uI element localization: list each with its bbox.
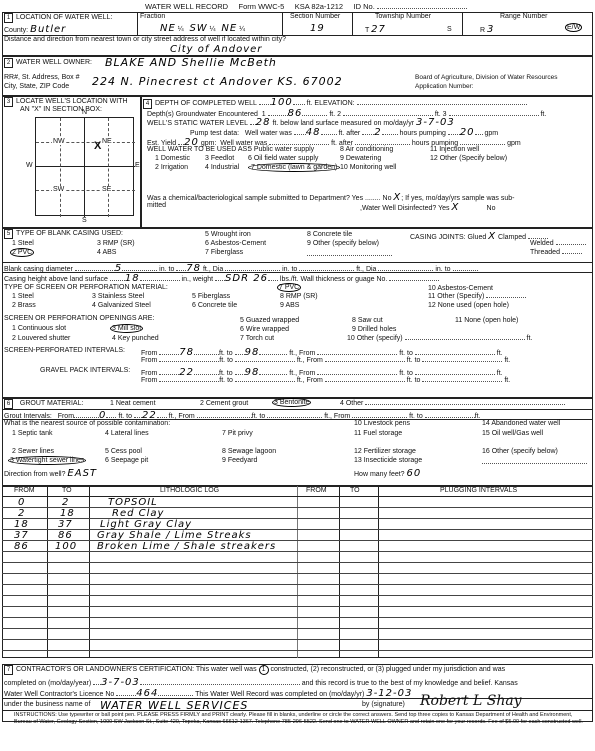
- feet-label: How many feet?: [354, 471, 405, 478]
- log-to[interactable]: 86: [58, 530, 73, 541]
- ft-label: ft.: [504, 377, 510, 384]
- section-number: 1: [4, 13, 13, 23]
- grout-option[interactable]: 4 Other: [340, 400, 363, 407]
- log-description[interactable]: Red Clay: [112, 508, 164, 519]
- north-label: N: [82, 109, 87, 116]
- from-label: From: [141, 357, 157, 364]
- clamped-option[interactable]: Clamped: [498, 234, 526, 241]
- owner-label: WATER WELL OWNER:: [16, 59, 92, 66]
- board-label: Board of Agriculture, Division of Water …: [415, 74, 557, 81]
- log-from[interactable]: 86: [14, 541, 29, 552]
- use-option[interactable]: 4 Industrial: [205, 164, 239, 171]
- nw-quadrant: NW: [52, 138, 66, 145]
- screen-option[interactable]: 9 ABS: [280, 302, 299, 309]
- contamination-option[interactable]: 9 Feedyard: [222, 457, 257, 464]
- casing-other-field[interactable]: [307, 255, 392, 256]
- screen-from-2-field[interactable]: [317, 354, 397, 355]
- township-value[interactable]: 27: [371, 24, 386, 35]
- section-number: 2: [4, 58, 13, 68]
- contamination-option[interactable]: 12 Fertilizer storage: [354, 448, 416, 455]
- ft-from-label: ft., From: [297, 357, 323, 364]
- signature-label: by (signature): [362, 701, 405, 708]
- log-to[interactable]: 37: [58, 519, 73, 530]
- static-level-label: WELL'S STATIC WATER LEVEL: [147, 120, 248, 127]
- log-to[interactable]: 100: [55, 541, 77, 552]
- ft-from-label: ft., From: [289, 370, 315, 377]
- contamination-option-selected[interactable]: 3 Watertight sewer lines: [8, 457, 86, 464]
- casing-option[interactable]: 3 RMP (SR): [97, 240, 135, 247]
- section-number: 5: [4, 229, 13, 239]
- opening-option[interactable]: 4 Key punched: [112, 335, 159, 342]
- pump2-ft-field[interactable]: [269, 144, 329, 145]
- ft-from-label: ft., From: [169, 413, 195, 420]
- county-label: County:: [4, 27, 28, 34]
- form-header: WATER WELL RECORD Form WWC-5 KSA 82a-121…: [145, 2, 467, 11]
- address-label-1: RR#, St. Address, Box #: [4, 74, 79, 81]
- ksa-number: KSA 82a-1212: [295, 2, 343, 11]
- quarter-mark: ¼: [210, 26, 216, 33]
- screen-option-selected[interactable]: 7 PVC: [277, 284, 301, 291]
- elevation-label: ft. ELEVATION:: [307, 100, 355, 107]
- section-number-value[interactable]: 19: [310, 23, 325, 34]
- opening-option[interactable]: 10 Other (specify): [347, 335, 403, 342]
- casing-option[interactable]: 4 ABS: [97, 249, 116, 256]
- contamination-option[interactable]: 6 Seepage pit: [105, 457, 148, 464]
- casing-option[interactable]: 7 Fiberglass: [205, 249, 243, 256]
- range-prefix: R: [480, 27, 485, 34]
- screen-from-4-field[interactable]: [325, 361, 405, 362]
- casing-option[interactable]: 6 Asbestos-Cement: [205, 240, 266, 247]
- log-to[interactable]: 18: [60, 508, 75, 519]
- contamination-option[interactable]: 11 Fuel storage: [354, 430, 402, 437]
- well-water-was-label: Well water was: [245, 130, 292, 137]
- certification-text: CONTRACTOR'S OR LANDOWNER'S CERTIFICATIO…: [16, 666, 257, 673]
- completed-label: completed on (mo/day/year): [4, 680, 91, 687]
- gpm-label: gpm: [485, 130, 499, 137]
- screen-option[interactable]: 10 Asbestos-Cement: [428, 285, 493, 292]
- distance-value[interactable]: City of Andover: [170, 44, 262, 55]
- ft-to-label: ft. to: [252, 413, 266, 420]
- gravel-to-2-field[interactable]: [415, 374, 495, 375]
- screen-option[interactable]: 5 Fiberglass: [192, 293, 230, 300]
- contamination-option[interactable]: 7 Pit privy: [222, 430, 253, 437]
- west-label: W: [26, 162, 33, 169]
- ft-dia-label: ft., Dia: [203, 266, 223, 273]
- opening-option[interactable]: 7 Torch cut: [240, 335, 274, 342]
- direction-value[interactable]: EAST: [67, 468, 97, 479]
- weight-label: in., weight: [182, 276, 214, 283]
- from-label: From: [141, 350, 157, 357]
- ft-to-label: ft. to: [407, 357, 421, 364]
- log-description[interactable]: Gray Shale / Lime Streaks: [97, 530, 252, 541]
- id-field[interactable]: [377, 8, 467, 9]
- contamination-option[interactable]: 13 Insecticide storage: [354, 457, 422, 464]
- distance-label: Distance and direction from nearest town…: [4, 36, 286, 43]
- screen-option[interactable]: 1 Steel: [12, 293, 34, 300]
- log-header-from: FROM: [14, 487, 35, 494]
- ft-to-label: ft. to: [219, 350, 233, 357]
- ft-label: ft.: [497, 350, 503, 357]
- contamination-option[interactable]: 4 Lateral lines: [105, 430, 149, 437]
- depth-label: DEPTH OF COMPLETED WELL: [155, 100, 257, 107]
- address-label-2: City, State, ZIP Code: [4, 83, 69, 90]
- screen-option[interactable]: 3 Stainless Steel: [92, 293, 144, 300]
- range-value[interactable]: 3: [487, 24, 494, 35]
- use-option[interactable]: 2 Irrigation: [155, 164, 188, 171]
- screen-option[interactable]: 8 RMP (SR): [280, 293, 318, 300]
- use-option[interactable]: 6 Oil field water supply: [248, 155, 318, 162]
- location-label: LOCATION OF WATER WELL:: [16, 14, 112, 21]
- disinfected-no[interactable]: No: [487, 205, 496, 212]
- instructions-text: INSTRUCTIONS: Use typewriter or ball poi…: [14, 712, 584, 726]
- east-label: E: [135, 162, 140, 169]
- log-description[interactable]: Light Gray Clay: [100, 519, 192, 530]
- form-title: WATER WELL RECORD: [145, 2, 228, 11]
- section-number-label: Section Number: [290, 13, 340, 20]
- disinfected-label: ,Water Well Disinfected? Yes: [360, 205, 450, 212]
- log-from[interactable]: 18: [14, 519, 29, 530]
- wall-thickness-field[interactable]: [389, 280, 439, 281]
- ft-to-label: ft. to: [219, 377, 233, 384]
- ft-label: ft.: [497, 370, 503, 377]
- casing-height-label: Casing height above land surface: [4, 276, 108, 283]
- well-location-mark: X: [94, 140, 101, 152]
- screen-option[interactable]: 12 None used (open hole): [428, 302, 509, 309]
- casing-height-value[interactable]: 18: [125, 273, 140, 284]
- in-to-label: in. to: [435, 266, 450, 273]
- elevation-field[interactable]: [357, 104, 527, 105]
- section-number: 3: [4, 97, 13, 107]
- gravel-from-4-field[interactable]: [325, 381, 405, 382]
- sample-tail: ; If yes, mo/day/yrs sample was sub-: [401, 195, 514, 202]
- opening-option[interactable]: 5 Guazed wrapped: [240, 317, 299, 324]
- log-description[interactable]: Broken Lime / Shale streakers: [97, 541, 276, 552]
- ft-to-label: ft. to: [399, 350, 413, 357]
- openings-label: SCREEN OR PERFORATION OPENINGS ARE:: [4, 315, 154, 322]
- opening-option[interactable]: 2 Louvered shutter: [12, 335, 70, 342]
- log-to[interactable]: 2: [62, 497, 69, 508]
- ft-from-label: ft., From: [289, 350, 315, 357]
- fraction-label: Fraction: [140, 13, 165, 20]
- in-to-label: in. to: [282, 266, 297, 273]
- opening-option[interactable]: 9 Drilled holes: [352, 326, 396, 333]
- from-label: From: [58, 413, 74, 420]
- log-from[interactable]: 37: [14, 530, 29, 541]
- gravel-from-3-field[interactable]: [159, 381, 219, 382]
- contamination-option[interactable]: 10 Livestock pens: [354, 420, 410, 427]
- ft-to-label: ft. to: [219, 357, 233, 364]
- plug-header-intervals: PLUGGING INTERVALS: [440, 487, 517, 494]
- use-label: WELL WATER TO BE USED AS:: [147, 146, 249, 153]
- mitted-label: mitted: [147, 202, 166, 209]
- range-label: Range Number: [500, 13, 547, 20]
- contamination-option[interactable]: 15 Oil well/Gas well: [482, 430, 543, 437]
- casing-option[interactable]: 9 Other (specify below): [307, 240, 379, 247]
- fraction-1[interactable]: NE: [160, 23, 176, 34]
- ft-label: ft.: [475, 413, 481, 420]
- ft-to-label: ft. to: [399, 370, 413, 377]
- county-value[interactable]: Butler: [30, 24, 66, 35]
- screen-to-3-field[interactable]: [235, 361, 295, 362]
- screen-interval-row-2: From ft. to ft., From ft. to ft.: [141, 357, 510, 364]
- static-suffix: ft. below land surface measured on mo/da…: [272, 120, 414, 127]
- ft-to-label: ft. to: [118, 413, 132, 420]
- screen-material-label: TYPE OF SCREEN OR PERFORATION MATERIAL:: [4, 284, 168, 291]
- casing-option[interactable]: 1 Steel: [12, 240, 34, 247]
- screen-option[interactable]: 2 Brass: [12, 302, 36, 309]
- ft-to-label: ft. to: [219, 370, 233, 377]
- opening-option-selected[interactable]: 3 Mill slot: [110, 325, 143, 332]
- licence-label: Water Well Contractor's Licence No: [4, 691, 114, 698]
- se-quadrant: SE: [101, 186, 112, 193]
- south-label: S: [82, 217, 87, 224]
- from-label: From: [141, 370, 157, 377]
- plug-header-to: TO: [350, 487, 360, 494]
- screen-to-2-field[interactable]: [415, 354, 495, 355]
- feet-value[interactable]: 60: [407, 468, 422, 479]
- disinfected-yes-mark[interactable]: X: [451, 202, 459, 213]
- township-suffix: S: [447, 26, 452, 33]
- contamination-option[interactable]: 2 Sewer lines: [12, 448, 54, 455]
- grout-option[interactable]: 2 Cement grout: [200, 400, 248, 407]
- threaded-option[interactable]: Threaded: [530, 249, 560, 256]
- ft-to-label: ft. to: [407, 377, 421, 384]
- id-label: ID No.: [354, 2, 375, 11]
- gpm-label: gpm: [507, 140, 521, 147]
- ft-from-label: ft., From: [324, 413, 350, 420]
- plug-header-from: FROM: [306, 487, 327, 494]
- use-option[interactable]: 12 Other (Specify below): [430, 155, 507, 162]
- log-header-to: TO: [62, 487, 72, 494]
- screen-option[interactable]: 11 Other (Specify): [428, 293, 484, 300]
- gravel-to-4-field[interactable]: [422, 381, 502, 382]
- grout-label: GROUT MATERIAL:: [20, 400, 84, 407]
- log-description[interactable]: TOPSOIL: [108, 497, 158, 508]
- casing-label: TYPE OF BLANK CASING USED:: [16, 230, 123, 237]
- screen-to-4-field[interactable]: [422, 361, 502, 362]
- constructed-option-selected[interactable]: 1: [259, 665, 269, 675]
- form-number: Form WWC-5: [238, 2, 284, 11]
- sample-question: Was a chemical/bacteriological sample su…: [147, 195, 391, 202]
- signature[interactable]: Robert L Shay: [420, 693, 522, 709]
- contamination-option[interactable]: 16 Other (specify below): [482, 448, 558, 455]
- opening-option[interactable]: 11 None (open hole): [455, 317, 518, 324]
- section-number: 7: [4, 665, 13, 675]
- pump-test-label: Pump test data:: [190, 130, 239, 137]
- fraction-2[interactable]: SW: [189, 23, 207, 34]
- ft-dia-label: ft., Dia: [356, 266, 376, 273]
- log-from[interactable]: 0: [18, 497, 25, 508]
- locate-label-2: AN "X" IN SECTION BOX:: [20, 106, 102, 113]
- certification-text-2: constructed, (2) reconstructed, or (3) p…: [270, 666, 505, 673]
- casing-option[interactable]: 8 Concrete tile: [307, 231, 352, 238]
- screen-intervals-label: SCREEN-PERFORATED INTERVALS:: [4, 347, 125, 354]
- use-option[interactable]: 5 Public water supply: [248, 146, 314, 153]
- hours-pumping-label: hours pumping: [400, 130, 446, 137]
- screen-from-3-field[interactable]: [159, 361, 219, 362]
- record-date-label: This Water Well Record was completed on …: [195, 691, 364, 698]
- casing-option-selected[interactable]: 2 PVC: [10, 249, 34, 256]
- grout-option-selected[interactable]: 3 Bentonite: [272, 399, 311, 406]
- gravel-intervals-label: GRAVEL PACK INTERVALS:: [40, 367, 130, 374]
- contamination-option[interactable]: 8 Sewage lagoon: [222, 448, 276, 455]
- depth-value[interactable]: 100: [271, 97, 293, 108]
- sw-quadrant: SW: [52, 186, 65, 193]
- owner-value[interactable]: BLAKE AND Shellie McBeth: [105, 56, 277, 69]
- contamination-option[interactable]: 14 Abandoned water well: [482, 420, 560, 427]
- fraction-3[interactable]: NE: [221, 23, 237, 34]
- use-option[interactable]: 1 Domestic: [155, 155, 190, 162]
- log-from[interactable]: 2: [18, 508, 25, 519]
- use-option[interactable]: 3 Feedlot: [205, 155, 234, 162]
- welded-option[interactable]: Welded: [530, 240, 554, 247]
- in-to-label: in. to: [159, 266, 174, 273]
- pump2-gpm-field[interactable]: [460, 144, 505, 145]
- opening-option[interactable]: 8 Saw cut: [352, 317, 383, 324]
- true-statement: and this record is true to the best of m…: [302, 680, 518, 687]
- section-number: 6: [4, 399, 13, 409]
- casing-option[interactable]: 5 Wrought iron: [205, 231, 251, 238]
- application-number-label: Application Number:: [415, 83, 474, 90]
- groundwater-2-field[interactable]: [343, 115, 433, 116]
- ft-after-label: ft. after: [338, 130, 360, 137]
- gravel-interval-row-2: From ft. to ft., From ft. to ft.: [141, 377, 510, 384]
- joints-label: CASING JOINTS: Glued: [410, 234, 486, 241]
- diameter-label: Blank casing diameter: [4, 266, 73, 273]
- use-option[interactable]: 10 Monitoring well: [340, 164, 396, 171]
- use-option[interactable]: 9 Dewatering: [340, 155, 381, 162]
- opening-option[interactable]: 1 Continuous slot: [12, 325, 66, 332]
- quarter-mark: ¼: [239, 26, 245, 33]
- weight-value[interactable]: SDR 26: [225, 273, 268, 284]
- address-value[interactable]: 224 N. Pinecrest ct Andover KS. 67002: [92, 75, 343, 88]
- business-label: under the business name of: [4, 701, 90, 708]
- section-box-grid[interactable]: NW NE SW SE X: [35, 117, 134, 216]
- completed-value[interactable]: 3-7-03: [101, 677, 140, 688]
- locate-label: LOCATE WELL'S LOCATION WITH: [16, 98, 128, 105]
- contamination-option[interactable]: 1 Septic tank: [12, 430, 52, 437]
- ne-quadrant: NE: [101, 138, 113, 145]
- contamination-label: What is the nearest source of possible c…: [4, 420, 170, 427]
- from-label: From: [141, 377, 157, 384]
- grout-option[interactable]: 1 Neat cement: [110, 400, 156, 407]
- pump2-hours-field[interactable]: [355, 144, 410, 145]
- screen-option[interactable]: 6 Concrete tile: [192, 302, 237, 309]
- opening-option[interactable]: 6 Wire wrapped: [240, 326, 289, 333]
- ft-to-label: ft. to: [409, 413, 423, 420]
- contamination-other-field[interactable]: [482, 463, 587, 464]
- log-header-lithologic: LITHOLOGIC LOG: [160, 487, 219, 494]
- gravel-to-3-field[interactable]: [235, 381, 295, 382]
- direction-label: Direction from well?: [4, 471, 65, 478]
- use-option-selected[interactable]: 7 Domestic (lawn & garden): [248, 164, 340, 171]
- grout-intervals-label: Grout Intervals:: [4, 413, 52, 420]
- gravel-from-2-field[interactable]: [317, 374, 397, 375]
- screen-option[interactable]: 4 Galvanized Steel: [92, 302, 151, 309]
- ft-label: ft.: [504, 357, 510, 364]
- use-option[interactable]: 8 Air conditioning: [340, 146, 393, 153]
- ft-from-label: ft., From: [297, 377, 323, 384]
- township-label: Township Number: [375, 13, 431, 20]
- range-direction[interactable]: E/W: [565, 23, 582, 32]
- glued-mark[interactable]: X: [488, 231, 496, 242]
- quarter-mark: ¼: [178, 26, 184, 33]
- groundwater-3-field[interactable]: [449, 115, 539, 116]
- use-option[interactable]: 11 Injection well: [430, 146, 479, 153]
- wall-thickness-label: lbs./ft. Wall thickness or guage No.: [280, 276, 388, 283]
- contamination-option[interactable]: 5 Cess pool: [105, 448, 142, 455]
- township-prefix: T: [365, 27, 369, 34]
